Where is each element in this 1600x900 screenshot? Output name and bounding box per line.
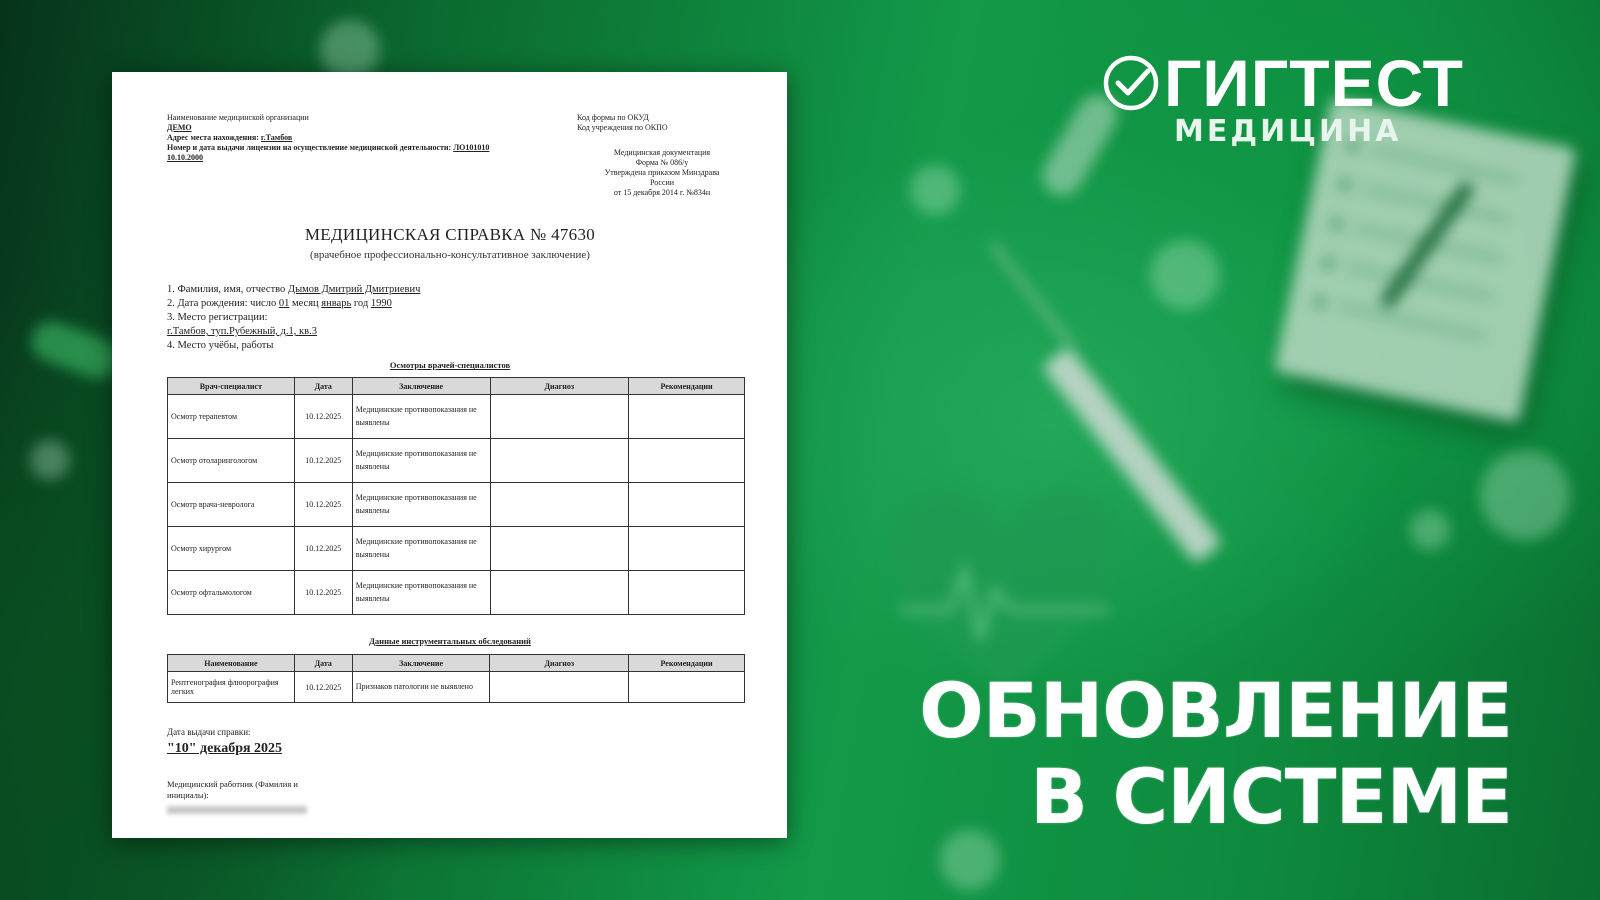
license-label: Номер и дата выдачи лицензии на осуществ…	[167, 143, 451, 152]
form-info-line: России	[577, 178, 747, 188]
patient-fields: 1. Фамилия, имя, отчество Дымов Дмитрий …	[167, 283, 420, 353]
column-header: Врач-специалист	[168, 378, 295, 395]
form-info-line: Утверждена приказом Минздрава	[577, 168, 747, 178]
instrumental-section-title: Данные инструментальных обследований	[115, 636, 785, 646]
cell-date: 10.12.2025	[294, 672, 352, 703]
issue-date-label: Дата выдачи справки:	[167, 727, 251, 737]
exams-table: Врач-специалистДатаЗаключениеДиагнозРеко…	[167, 377, 745, 615]
cell-diagnosis	[490, 672, 629, 703]
issue-date-value: "10" декабря 2025	[167, 741, 282, 757]
column-header: Диагноз	[490, 378, 629, 395]
cell-date: 10.12.2025	[294, 527, 352, 571]
background-bokeh	[1410, 510, 1450, 550]
brand-subtitle: МЕДИЦИНА	[1174, 114, 1401, 149]
cell-conclusion: Медицинские противопоказания не выявлены	[352, 395, 490, 439]
cell-diagnosis	[490, 439, 629, 483]
cell-conclusion: Медицинские противопоказания не выявлены	[352, 483, 490, 527]
organization-header: Наименование медицинской организации ДЕМ…	[167, 113, 567, 163]
cell-name: Рентгенография флюорография легких	[168, 672, 295, 703]
cell-diagnosis	[490, 571, 629, 615]
form-info-line: Медицинская документация	[577, 148, 747, 158]
column-header: Диагноз	[490, 655, 629, 672]
cell-conclusion: Признаков патологии не выявлено	[352, 672, 490, 703]
column-header: Заключение	[352, 655, 490, 672]
column-header: Дата	[294, 655, 352, 672]
brand-name: ГИГТЕСТ	[1164, 48, 1464, 118]
okpo-label: Код учреждения по ОКПО	[577, 123, 777, 133]
dob-day: 01	[279, 298, 290, 309]
cell-date: 10.12.2025	[294, 439, 352, 483]
background-syringe-needle-icon	[990, 243, 1073, 348]
field-dob: 2. Дата рождения: число 01 месяц январь …	[167, 297, 420, 311]
form-codes-header: Код формы по ОКУД Код учреждения по ОКПО…	[577, 113, 777, 198]
background-bokeh	[30, 440, 70, 480]
column-header: Дата	[294, 378, 352, 395]
fio-value: Дымов Дмитрий Дмитриевич	[288, 284, 420, 295]
column-header: Заключение	[352, 378, 490, 395]
address-value: г.Тамбов	[261, 133, 292, 142]
dob-year-label: год	[354, 298, 368, 309]
address-label: Адрес места нахождения:	[167, 133, 259, 142]
cell-diagnosis	[490, 527, 629, 571]
dob-month-label: месяц	[292, 298, 319, 309]
cell-conclusion: Медицинские противопоказания не выявлены	[352, 527, 490, 571]
fio-label: 1. Фамилия, имя, отчество	[167, 284, 285, 295]
cell-diagnosis	[490, 395, 629, 439]
table-row: Осмотр отоларингологом10.12.2025Медицинс…	[168, 439, 745, 483]
cell-name: Осмотр офтальмологом	[168, 571, 295, 615]
table-row: Осмотр терапевтом10.12.2025Медицинские п…	[168, 395, 745, 439]
cell-date: 10.12.2025	[294, 483, 352, 527]
cell-diagnosis	[490, 483, 629, 527]
blurred-worker-name	[167, 806, 307, 814]
form-info: Медицинская документация Форма № 086/у У…	[577, 148, 747, 198]
license-number: ЛО101010	[453, 143, 489, 152]
background-bokeh	[910, 165, 960, 215]
cell-conclusion: Медицинские противопоказания не выявлены	[352, 439, 490, 483]
table-row: Осмотр офтальмологом10.12.2025Медицински…	[168, 571, 745, 615]
form-info-line: Форма № 086/у	[577, 158, 747, 168]
column-header: Рекомендации	[629, 378, 745, 395]
dob-year: 1990	[371, 298, 392, 309]
exams-table-header: Врач-специалистДатаЗаключениеДиагнозРеко…	[168, 378, 745, 395]
cell-name: Осмотр отоларингологом	[168, 439, 295, 483]
field-fio: 1. Фамилия, имя, отчество Дымов Дмитрий …	[167, 283, 420, 297]
cell-recommendations	[629, 395, 745, 439]
instrumental-table: НаименованиеДатаЗаключениеДиагнозРекомен…	[167, 654, 745, 703]
background-bokeh	[320, 20, 380, 80]
cell-recommendations	[629, 571, 745, 615]
registration-value: г.Тамбов, туп.Рубежный, д.1, кв.3	[167, 325, 420, 339]
cell-date: 10.12.2025	[294, 395, 352, 439]
cell-recommendations	[629, 527, 745, 571]
column-header: Рекомендации	[629, 655, 745, 672]
cell-name: Осмотр терапевтом	[168, 395, 295, 439]
license-date: 10.10.2000	[167, 153, 567, 163]
exams-section-title: Осмотры врачей-специалистов	[115, 360, 785, 370]
medical-worker-label: Медицинский работник (Фамилия и инициалы…	[167, 779, 337, 801]
background-pill-icon	[26, 316, 124, 384]
cell-recommendations	[629, 483, 745, 527]
okud-label: Код формы по ОКУД	[577, 113, 777, 123]
table-row: Осмотр врача-невролога10.12.2025Медицинс…	[168, 483, 745, 527]
background-bokeh	[1480, 450, 1570, 540]
headline-line-2: В СИСТЕМЕ	[919, 754, 1512, 840]
org-name: ДЕМО	[167, 123, 567, 133]
cell-date: 10.12.2025	[294, 571, 352, 615]
registration-label: 3. Место регистрации:	[167, 311, 420, 325]
document-subtitle: (врачебное профессионально-консультативн…	[115, 249, 785, 261]
headline-line-1: ОБНОВЛЕНИЕ	[919, 668, 1512, 754]
headline: ОБНОВЛЕНИЕ В СИСТЕМЕ	[919, 668, 1512, 840]
table-row: Осмотр хирургом10.12.2025Медицинские про…	[168, 527, 745, 571]
cell-name: Осмотр врача-невролога	[168, 483, 295, 527]
background-bokeh	[1150, 240, 1220, 310]
column-header: Наименование	[168, 655, 295, 672]
form-info-line: от 15 декабря 2014 г. №834н	[577, 188, 747, 198]
cell-name: Осмотр хирургом	[168, 527, 295, 571]
cell-recommendations	[629, 672, 745, 703]
dob-label: 2. Дата рождения: число	[167, 298, 276, 309]
org-label: Наименование медицинской организации	[167, 113, 567, 123]
dob-month: январь	[321, 298, 351, 309]
instrumental-table-header: НаименованиеДатаЗаключениеДиагнозРекомен…	[168, 655, 745, 672]
work-label: 4. Место учёбы, работы	[167, 339, 420, 353]
check-circle-icon	[1102, 52, 1164, 114]
medical-certificate-document: Наименование медицинской организации ДЕМ…	[115, 75, 785, 835]
document-title: МЕДИЦИНСКАЯ СПРАВКА № 47630	[115, 225, 785, 245]
cell-recommendations	[629, 439, 745, 483]
table-row: Рентгенография флюорография легких10.12.…	[168, 672, 745, 703]
cell-conclusion: Медицинские противопоказания не выявлены	[352, 571, 490, 615]
